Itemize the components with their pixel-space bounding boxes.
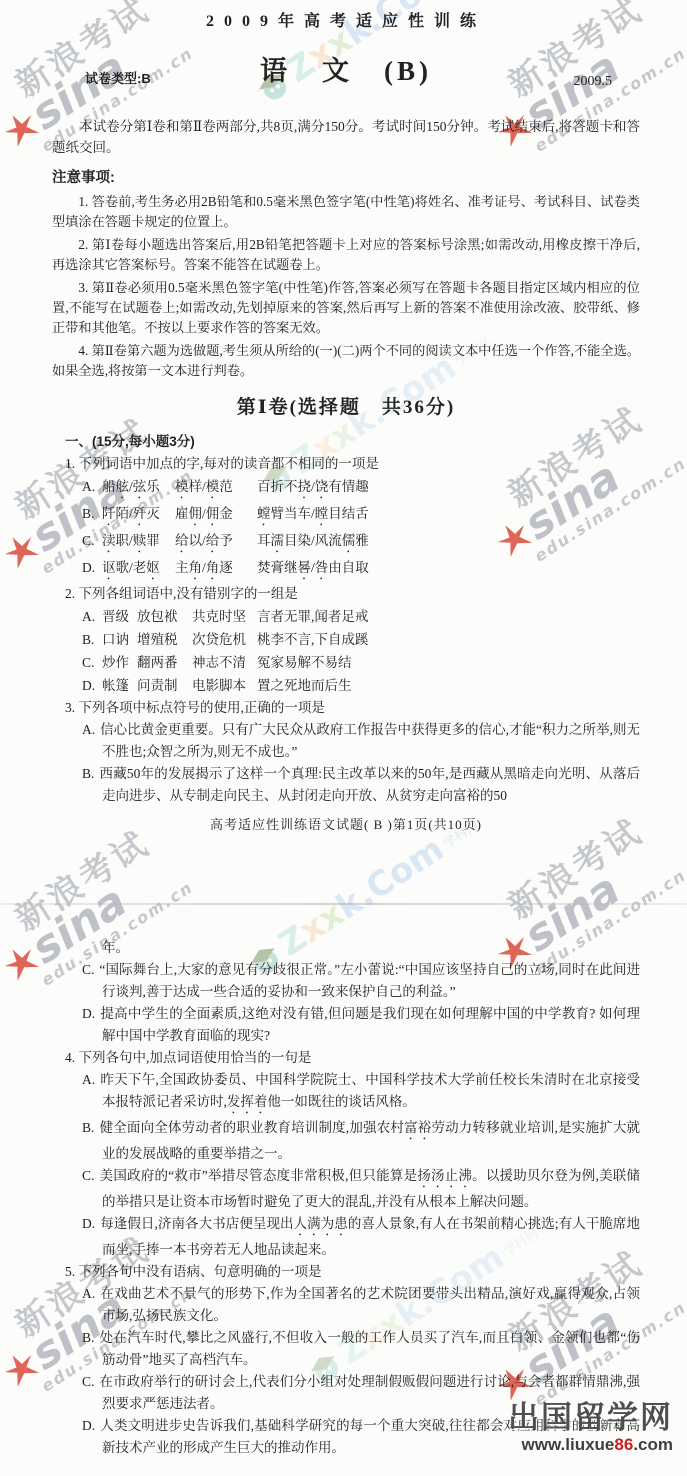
section1-heading: 第Ⅰ卷(选择题 共36分): [52, 395, 640, 421]
liuxue86-site-name: 出国留学网: [508, 1392, 673, 1437]
q5-stem: 5. 下列各句中没有语病、句意明确的一项是: [65, 1261, 640, 1283]
q4-option-d: D.每逢假日,济南各大书店便呈现出人满为患的喜人景象,有人在书架前精心挑选;有人…: [82, 1213, 640, 1261]
note-item: 1. 答卷前,考生务必用2B铅笔和0.5毫米黑色签字笔(中性笔)将姓名、准考证号…: [52, 192, 640, 232]
q1-option-row: B. 阡陌/歼灭 雇佣/佣金 螳臂当车/瞠目结舌: [82, 502, 640, 529]
q5-option-a: A.在戏曲艺术不景气的形势下,作为全国著名的艺术院团要带头出精品,演好戏,赢得观…: [82, 1283, 640, 1327]
intro-paragraph: 本试卷分第Ⅰ卷和第Ⅱ卷两部分,共8页,满分150分。考试时间150分钟。考试结束…: [52, 116, 640, 158]
q2-option-row: D. 帐篷 问责制 电影脚本 置之死地而后生: [82, 674, 640, 697]
q1-option-row: D. 讴歌/老妪 主角/角逐 焚膏继晷/咎由自取: [82, 556, 640, 583]
exam-content: 2009年高考适应性训练 试卷类型:B 语 文 (B) 2009.5 本试卷分第…: [0, 0, 687, 1459]
part1-heading: 一、(15分,每小题3分): [65, 431, 640, 453]
paper-date: 2009.5: [574, 74, 613, 90]
q3-stem: 3. 下列各项中标点符号的使用,正确的一项是: [65, 697, 640, 719]
q2-option-row: A. 晋级 放包袱 共克时坚 言者无罪,闻者足戒: [82, 605, 640, 628]
subject-title: 语 文 (B): [52, 48, 640, 94]
q3-option-b: B.西藏50年的发展揭示了这样一个真理:民主改革以来的50年,是西藏从黑暗走向光…: [82, 763, 640, 807]
q3-option-c: C.“国际舞台上,大家的意见有分歧很正常。”左小蕾说:“中国应该坚持自己的立场,…: [82, 959, 640, 1003]
paper-header: 试卷类型:B 语 文 (B) 2009.5: [52, 48, 640, 98]
q5-option-b: B.处在汽车时代,攀比之风盛行,不但收入一般的工作人员买了汽车,而且白领、金领们…: [82, 1327, 640, 1371]
q4-option-c: C.美国政府的“救市”举措尽管态度非常积极,但只能算是扬汤止沸。以援助贝尔登为例…: [82, 1165, 640, 1213]
q4-option-a: A.昨天下午,全国政协委员、中国科学院院士、中国科学技术大学前任校长朱清时在北京…: [82, 1069, 640, 1117]
page-gap: [52, 897, 640, 937]
q4-stem: 4. 下列各句中,加点词语使用恰当的一句是: [65, 1047, 640, 1069]
note-item: 2. 第Ⅰ卷每小题选出答案后,用2B铅笔把答题卡上对应的答案标号涂黑;如需改动,…: [52, 235, 640, 275]
note-item: 4. 第Ⅱ卷第六题为选做题,考生须从所给的(一)(二)两个不同的阅读文本中任选一…: [52, 341, 640, 381]
q2-option-row: B. 口讷 增殖税 次贷危机 桃李不言,下自成蹊: [82, 628, 640, 651]
q3-option-a: A.信心比黄金更重要。只有广大民众从政府工作报告中获得更多的信心,才能“积力之所…: [82, 719, 640, 763]
q2-stem: 2. 下列各组词语中,没有错别字的一组是: [65, 583, 640, 605]
q3-option-d: D.提高中学生的全面素质,这绝对没有错,但问题是我们现在如何理解中国的中学教育?…: [82, 1003, 640, 1047]
q3-option-b-continuation: 年。: [102, 937, 640, 959]
q1-option-row: C. 渎职/赎罪 给以/给予 耳濡目染/风流儒雅: [82, 529, 640, 556]
q1-option-row: A. 船舷/弦乐 模样/模范 百折不挠/饶有情趣: [82, 475, 640, 502]
liuxue86-watermark: 出国留学网 www.liuxue86.com: [508, 1392, 673, 1455]
scanned-exam-page: 新浪考试 sina edu.sina.com.cn 新浪考试 sina edu.…: [0, 0, 687, 1476]
exam-title: 2009年高考适应性训练: [52, 10, 640, 34]
q4-option-b: B.健全面向全体劳动者的职业教育培训制度,加强农村富裕劳动力转移就业培训,是实施…: [82, 1117, 640, 1165]
q1-stem: 1. 下列词语中加点的字,每对的读音都不相同的一项是: [65, 453, 640, 475]
liuxue86-site-url: www.liuxue86.com: [508, 1435, 673, 1455]
page-gap: [52, 835, 640, 897]
notes-heading: 注意事项:: [52, 167, 640, 189]
note-item: 3. 第Ⅱ卷必须用0.5毫米黑色签字笔(中性笔)作答,答案必须写在答题卡各题目指…: [52, 278, 640, 338]
q2-option-row: C. 炒作 翻两番 神志不清 冤家易解不易结: [82, 651, 640, 674]
page1-footer: 高考适应性训练语文试题( B )第1页(共10页): [52, 815, 640, 835]
